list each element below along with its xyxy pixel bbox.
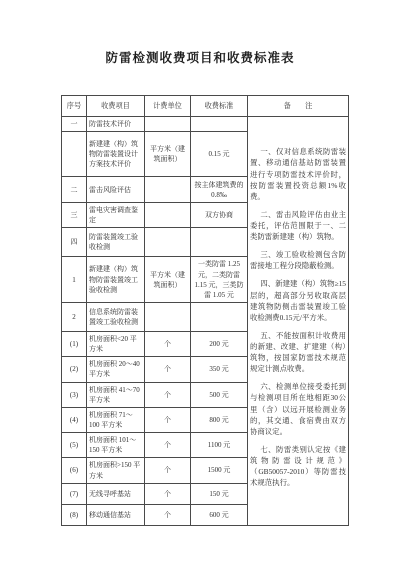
fee-cell: 150 元	[191, 483, 248, 504]
unit-cell: 个	[145, 357, 191, 382]
unit-cell: 平方米（建筑面积）	[145, 257, 191, 303]
unit-cell: 个	[145, 433, 191, 458]
fee-cell: 按主体建筑费的 0.8‰	[191, 177, 248, 203]
remark-paragraph: 六、检测单位接受委托到与检测项目所在地相距30公里（含）以远开展检测业务的，其交…	[250, 381, 346, 437]
document-page: 防雷检测收费项目和收费标准表 序号 收费项目 计费单位 收费标准 备 注 一 防…	[0, 0, 400, 566]
header-fee: 收费标准	[191, 96, 248, 117]
item-cell: 雷击风险评估	[87, 177, 145, 203]
item-cell: 机房面积>150 平方米	[87, 458, 145, 483]
remark-paragraph: 五、不能按面积计收费用的新建、改建、扩建建（构）筑物，按国家防雷技术规范规定计测…	[250, 330, 346, 374]
item-cell: 机房面积 71～100 平方米	[87, 407, 145, 432]
table-row: 一 防雷技术评价 一、仅对信息系统防雷装置、移动通信基站防雷装置进行专项防雷技术…	[62, 117, 349, 132]
remark-paragraph: 三、竣工验收检测包含防雷接地工程分段隐蔽检测。	[250, 249, 346, 271]
seq-cell: (5)	[62, 433, 87, 458]
unit-cell	[145, 177, 191, 203]
unit-cell: 平方米（建筑面积）	[145, 132, 191, 177]
seq-cell: 四	[62, 228, 87, 257]
item-cell: 移动通信基站	[87, 504, 145, 525]
item-cell: 雷电灾害调查鉴定	[87, 203, 145, 228]
fee-cell: 600 元	[191, 504, 248, 525]
fee-cell: 0.15 元	[191, 132, 248, 177]
header-remarks: 备 注	[248, 96, 349, 117]
item-cell: 信息系统防雷装置竣工验收检测	[87, 302, 145, 331]
seq-cell: 2	[62, 302, 87, 331]
seq-cell: 三	[62, 203, 87, 228]
seq-cell: 一	[62, 117, 87, 132]
fee-cell: 500 元	[191, 382, 248, 407]
unit-cell: 个	[145, 458, 191, 483]
seq-cell: (1)	[62, 331, 87, 356]
item-cell: 机房面积 20～40 平方米	[87, 357, 145, 382]
remark-paragraph: 七、防雷类别认定按《建筑物防雷设计规范》（GB50057-2010）等防雷技术规…	[250, 444, 346, 488]
fee-cell: 一类防雷 1.25 元，二类防雷 1.15 元，三类防雷 1.05 元	[191, 257, 248, 303]
remarks-cell: 一、仅对信息系统防雷装置、移动通信基站防雷装置进行专项防雷技术评价时，按防雷装置…	[248, 117, 349, 526]
seq-cell: 1	[62, 257, 87, 303]
fee-cell	[191, 302, 248, 331]
fee-cell: 双方协商	[191, 203, 248, 228]
unit-cell	[145, 228, 191, 257]
fee-cell: 200 元	[191, 331, 248, 356]
fee-standard-table: 序号 收费项目 计费单位 收费标准 备 注 一 防雷技术评价 一、仅对信息系统防…	[61, 95, 349, 526]
remark-paragraph: 四、新建建（构）筑物≥15层的，超高部分另收取高层建筑物防侧击雷装置竣工验收检测…	[250, 278, 346, 322]
unit-cell: 个	[145, 382, 191, 407]
page-title: 防雷检测收费项目和收费标准表	[0, 48, 400, 66]
fee-cell: 1100 元	[191, 433, 248, 458]
header-row: 序号 收费项目 计费单位 收费标准 备 注	[62, 96, 349, 117]
header-seq: 序号	[62, 96, 87, 117]
unit-cell: 个	[145, 483, 191, 504]
unit-cell: 个	[145, 407, 191, 432]
seq-cell	[62, 132, 87, 177]
fee-cell: 1500 元	[191, 458, 248, 483]
fee-cell: 800 元	[191, 407, 248, 432]
item-cell: 防雷装置竣工验收检测	[87, 228, 145, 257]
seq-cell: (4)	[62, 407, 87, 432]
item-cell: 防雷技术评价	[87, 117, 145, 132]
unit-cell: 个	[145, 504, 191, 525]
fee-cell: 350 元	[191, 357, 248, 382]
seq-cell: (7)	[62, 483, 87, 504]
fee-cell	[191, 117, 248, 132]
seq-cell: (3)	[62, 382, 87, 407]
fee-cell	[191, 228, 248, 257]
seq-cell: 二	[62, 177, 87, 203]
item-cell: 无线寻呼基站	[87, 483, 145, 504]
unit-cell	[145, 302, 191, 331]
item-cell: 新建建（构）筑物防雷装置竣工验收检测	[87, 257, 145, 303]
seq-cell: (8)	[62, 504, 87, 525]
item-cell: 机房面积<20 平方米	[87, 331, 145, 356]
unit-cell	[145, 203, 191, 228]
header-unit: 计费单位	[145, 96, 191, 117]
header-item: 收费项目	[87, 96, 145, 117]
remark-paragraph: 二、雷击风险评估由业主委托，评估范围限于一、二类防雷新建建（构）筑物。	[250, 209, 346, 242]
item-cell: 机房面积 101～150 平方米	[87, 433, 145, 458]
seq-cell: (6)	[62, 458, 87, 483]
unit-cell: 个	[145, 331, 191, 356]
remark-paragraph: 一、仅对信息系统防雷装置、移动通信基站防雷装置进行专项防雷技术评价时，按防雷装置…	[250, 146, 346, 202]
item-cell: 新建建（构）筑物防雷装置设计方案技术评价	[87, 132, 145, 177]
seq-cell: (2)	[62, 357, 87, 382]
unit-cell	[145, 117, 191, 132]
item-cell: 机房面积 41～70 平方米	[87, 382, 145, 407]
